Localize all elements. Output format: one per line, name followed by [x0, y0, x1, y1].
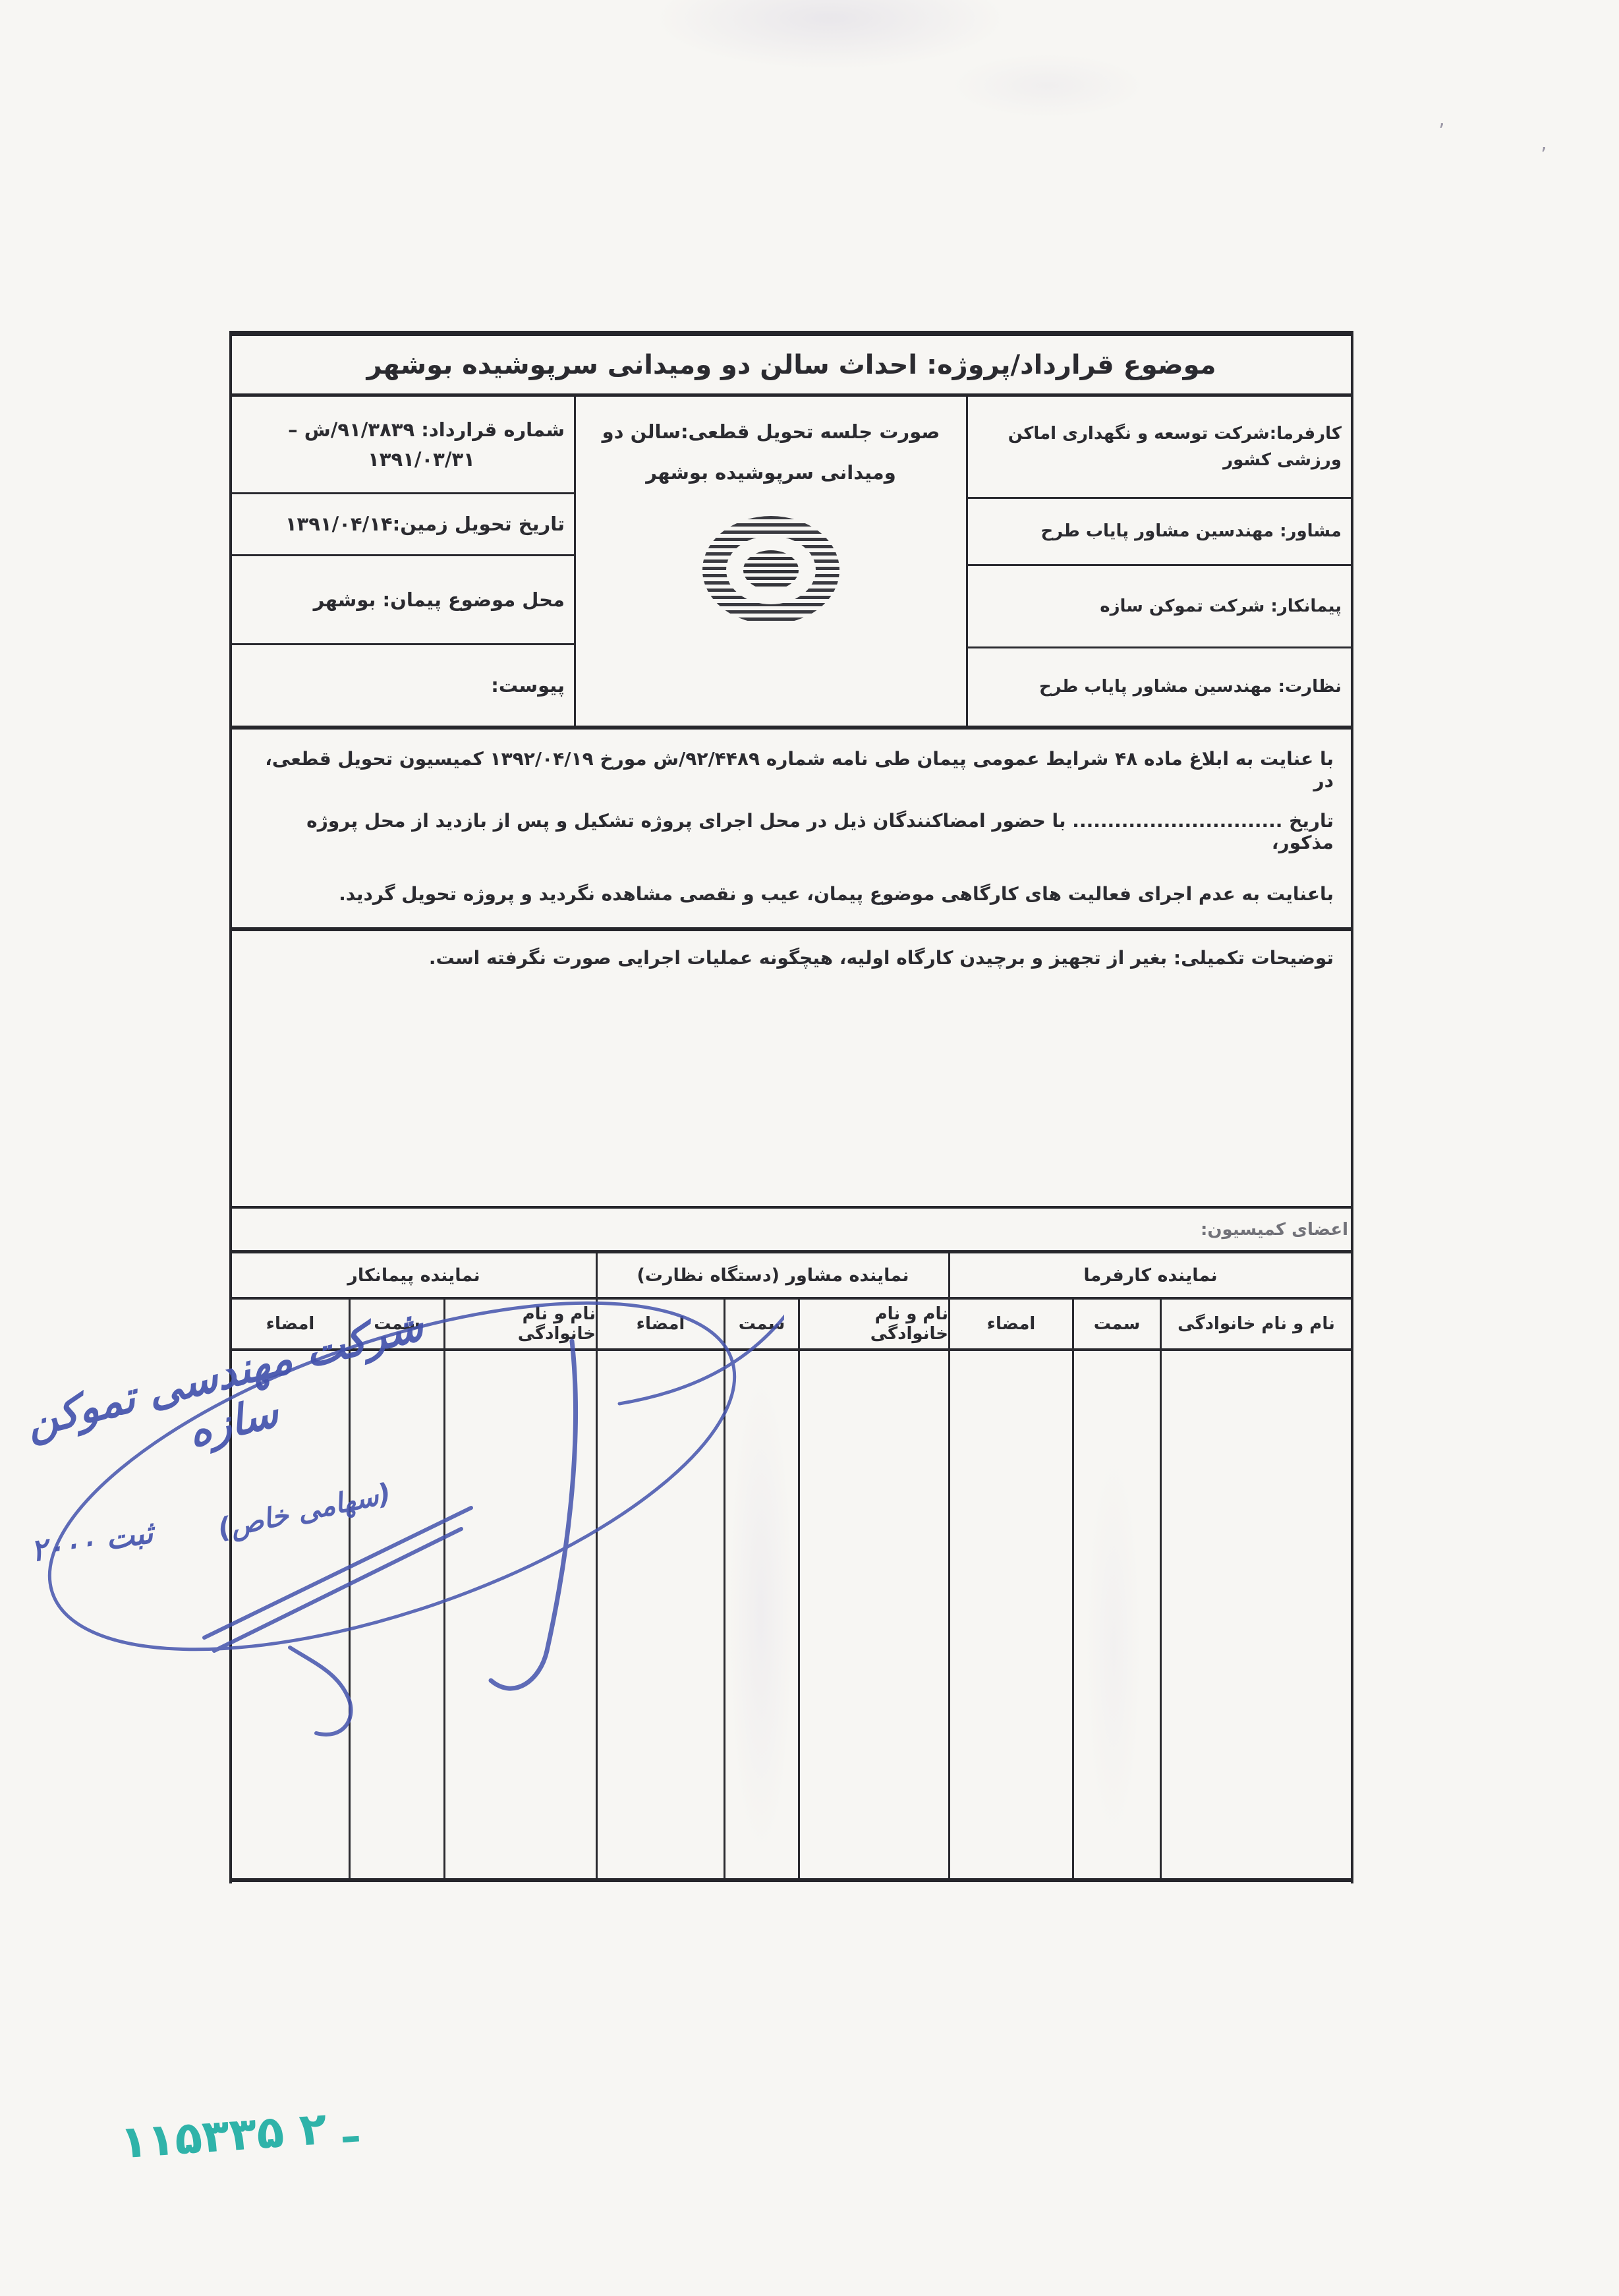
main-paragraph: با عنایت به ابلاغ ماده ۴۸ شرایط عمومی پی…: [232, 726, 1351, 927]
fullname-cell-empty: [800, 1351, 950, 1878]
col-header-signature: امضاء: [950, 1300, 1074, 1351]
contractor-name: پیمانکار: شرکت تموکن سازه: [975, 593, 1342, 619]
client-cell: کارفرما:شرکت توسعه و نگهداری اماکن ورزشی…: [968, 397, 1351, 499]
group-header-contractor-rep: نماینده پیمانکار: [232, 1253, 598, 1300]
position-cell-empty: [725, 1351, 800, 1878]
col-header-signature: امضاء: [598, 1300, 725, 1351]
paragraph-line-2: تاریخ .............................. با …: [249, 801, 1334, 863]
info-left-column: شماره قرارداد: ۹۱/۳۸۳۹/ش – ۱۳۹۱/۰۳/۳۱ تا…: [232, 397, 574, 726]
position-cell-empty: [1074, 1351, 1162, 1878]
meeting-title-line1: صورت جلسه تحویل قطعی:سالن دو: [602, 411, 940, 452]
col-header-signature: امضاء: [232, 1300, 351, 1351]
meeting-title-line2: ومیدانی سرپوشیده بوشهر: [602, 452, 940, 493]
stadium-logo-icon: [702, 516, 839, 624]
contract-number-line2: ۱۳۹۱/۰۳/۳۱: [239, 445, 565, 474]
client-name: کارفرما:شرکت توسعه و نگهداری اماکن ورزشی…: [975, 420, 1342, 474]
commission-members-label: اعضای کمیسیون:: [1201, 1220, 1348, 1240]
meeting-title: صورت جلسه تحویل قطعی:سالن دو ومیدانی سرپ…: [602, 411, 940, 494]
supervision-cell: نظارت: مهندسین مشاور پایاب طرح: [968, 648, 1351, 726]
info-right-column: کارفرما:شرکت توسعه و نگهداری اماکن ورزشی…: [968, 397, 1351, 726]
fullname-cell-empty: [445, 1351, 598, 1878]
col-header-fullname: نام و نام خانوادگی: [800, 1300, 950, 1351]
contractor-cell: پیمانکار: شرکت تموکن سازه: [968, 566, 1351, 648]
signature-cell-empty: [598, 1351, 725, 1878]
consultant-cell: مشاور: مهندسین مشاور پایاب طرح: [968, 499, 1351, 566]
commission-members-strip: اعضای کمیسیون:: [232, 1206, 1351, 1250]
scan-speck: ’: [1438, 120, 1445, 143]
position-cell-empty: [351, 1351, 445, 1878]
info-table: شماره قرارداد: ۹۱/۳۸۳۹/ش – ۱۳۹۱/۰۳/۳۱ تا…: [232, 397, 1351, 726]
col-header-position: سمت: [725, 1300, 800, 1351]
document-title-bar: موضوع قرارداد/پروژه: احداث سالن دو ومیدا…: [232, 331, 1351, 397]
info-center-column: صورت جلسه تحویل قطعی:سالن دو ومیدانی سرپ…: [574, 397, 968, 726]
consultant-name: مشاور: مهندسین مشاور پایاب طرح: [975, 518, 1342, 544]
supervision-name: نظارت: مهندسین مشاور پایاب طرح: [975, 674, 1342, 700]
scan-speck: ’: [1541, 144, 1547, 167]
fullname-cell-empty: [1162, 1351, 1351, 1878]
contract-number-line1: شماره قرارداد: ۹۱/۳۸۳۹/ش –: [239, 415, 565, 445]
signature-cell-empty: [232, 1351, 351, 1878]
additional-notes-text: توضیحات تکمیلی: بغیر از تجهیز و برچیدن ک…: [429, 947, 1334, 969]
group-header-client-rep: نماینده کارفرما: [950, 1253, 1351, 1300]
paragraph-line-3: باعنایت به عدم اجرای فعالیت های کارگاهی …: [249, 863, 1334, 925]
logo-core: [743, 550, 799, 590]
land-delivery-date: تاریخ تحویل زمین:۱۳۹۱/۰۴/۱۴: [239, 509, 565, 539]
stamp-registration-number: ثبت ۲۰۰۰: [28, 1514, 156, 1569]
additional-notes: توضیحات تکمیلی: بغیر از تجهیز و برچیدن ک…: [232, 927, 1351, 1206]
contract-number-cell: شماره قرارداد: ۹۱/۳۸۳۹/ش – ۱۳۹۱/۰۳/۳۱: [232, 397, 574, 494]
signature-cell-empty: [950, 1351, 1074, 1878]
land-delivery-date-cell: تاریخ تحویل زمین:۱۳۹۱/۰۴/۱۴: [232, 494, 574, 556]
col-header-position: سمت: [351, 1300, 445, 1351]
contract-location-cell: محل موضوع پیمان: بوشهر: [232, 556, 574, 645]
attachment-cell: پیوست:: [232, 645, 574, 726]
document-frame: موضوع قرارداد/پروژه: احداث سالن دو ومیدا…: [229, 331, 1353, 1883]
document-title: موضوع قرارداد/پروژه: احداث سالن دو ومیدا…: [367, 350, 1216, 380]
commission-table: نماینده پیمانکار نماینده مشاور (دستگاه ن…: [232, 1250, 1351, 1882]
group-header-consultant-rep: نماینده مشاور (دستگاه نظارت): [598, 1253, 950, 1300]
attachment-label: پیوست:: [239, 671, 565, 701]
col-header-fullname: نام و نام خانوادگی: [1162, 1300, 1351, 1351]
handwritten-reference-number: ۱۱۵۳۳۵ ـ ۲: [119, 2101, 360, 2169]
col-header-position: سمت: [1074, 1300, 1162, 1351]
scanned-document-page: ’ ’ موضوع قرارداد/پروژه: احداث سالن دو و…: [0, 0, 1619, 2296]
col-header-fullname: نام و نام خانوادگی: [445, 1300, 598, 1351]
contract-location: محل موضوع پیمان: بوشهر: [239, 585, 565, 615]
paragraph-line-1: با عنایت به ابلاغ ماده ۴۸ شرایط عمومی پی…: [249, 739, 1334, 801]
